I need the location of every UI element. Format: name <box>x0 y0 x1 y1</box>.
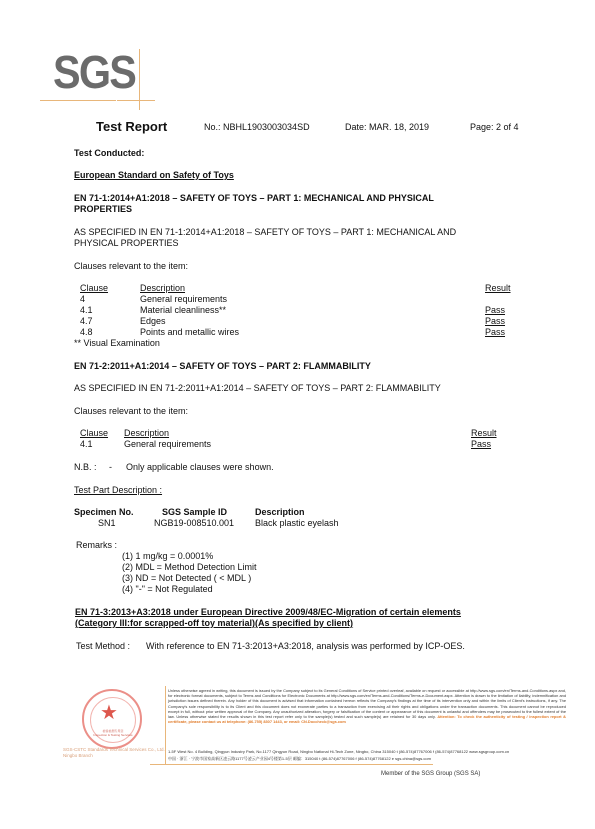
part2-col-result: Result <box>471 428 497 439</box>
clause-number: 4.7 <box>80 316 93 327</box>
part1-col-description: Description <box>140 283 185 294</box>
part1-spec-line1: AS SPECIFIED IN EN 71-1:2014+A1:2018 – S… <box>74 227 456 238</box>
part1-clauses-label: Clauses relevant to the item: <box>74 261 188 272</box>
part2-heading: EN 71-2:2011+A1:2014 – SAFETY OF TOYS – … <box>74 361 371 372</box>
part1-footnote: ** Visual Examination <box>74 338 160 349</box>
disclaimer-text: Unless otherwise agreed in writing, this… <box>168 688 566 724</box>
sgs-logo: SGS <box>53 49 135 95</box>
footer-divider-vertical <box>165 686 166 764</box>
clause-result: Pass <box>485 316 505 327</box>
logo-divider-vertical <box>139 49 140 110</box>
part3-heading-line1: EN 71-3:2013+A3:2018 under European Dire… <box>75 607 461 618</box>
logo-divider-horizontal-right <box>117 100 155 101</box>
specimen-no: SN1 <box>98 518 116 529</box>
company-stamp: ★ 检验检测专用章 Inspection & Testing Services <box>82 689 142 749</box>
clause-description: Points and metallic wires <box>140 327 239 338</box>
clause-result: Pass <box>485 305 505 316</box>
part3-heading-line2: (Category III:for scrapped-off toy mater… <box>75 618 353 629</box>
clause-description: General requirements <box>124 439 211 450</box>
sample-id: NGB19-008510.001 <box>154 518 234 529</box>
address-english: 1-5F West No. 4 Building, Qingyun Indust… <box>168 749 509 754</box>
remark-item: (1) 1 mg/kg = 0.0001% <box>122 551 213 562</box>
test-conducted-label: Test Conducted: <box>74 148 144 159</box>
col-description: Description <box>255 507 305 518</box>
part2-col-clause: Clause <box>80 428 108 439</box>
test-method-text: With reference to EN 71-3:2013+A3:2018, … <box>146 641 465 652</box>
address-chinese: 中国 · 浙江 · 宁波市国家高新区凌云路1177号凌云产业园4号楼第1-5层 … <box>168 756 431 761</box>
nb-label: N.B. : <box>74 462 97 473</box>
part1-heading-line1: EN 71-1:2014+A1:2018 – SAFETY OF TOYS – … <box>74 193 434 204</box>
stamp-text: 检验检测专用章 Inspection & Testing Services <box>90 729 136 737</box>
test-method-label: Test Method : <box>76 641 130 652</box>
part2-col-description: Description <box>124 428 169 439</box>
clause-number: 4.1 <box>80 305 93 316</box>
report-title: Test Report <box>96 119 167 134</box>
star-icon: ★ <box>100 703 118 723</box>
clause-number: 4.1 <box>80 439 93 450</box>
clause-description: Edges <box>140 316 166 327</box>
clause-result: Pass <box>471 439 491 450</box>
footer-divider-horizontal <box>150 764 433 765</box>
clause-description: General requirements <box>140 294 227 305</box>
part1-spec-line2: PHYSICAL PROPERTIES <box>74 238 179 249</box>
clause-number: 4 <box>80 294 85 305</box>
test-part-heading: Test Part Description : <box>74 485 162 496</box>
report-number: No.: NBHL1903003034SD <box>204 122 310 132</box>
report-date: Date: MAR. 18, 2019 <box>345 122 429 132</box>
col-sample-id: SGS Sample ID <box>162 507 227 518</box>
remark-item: (3) ND = Not Detected ( < MDL ) <box>122 573 251 584</box>
standard-heading: European Standard on Safety of Toys <box>74 170 234 181</box>
part2-spec: AS SPECIFIED IN EN 71-2:2011+A1:2014 – S… <box>74 383 441 394</box>
remarks-label: Remarks : <box>76 540 117 551</box>
logo-divider-horizontal <box>40 100 116 101</box>
part1-col-result: Result <box>485 283 511 294</box>
member-notice: Member of the SGS Group (SGS SA) <box>381 771 480 777</box>
stamp-company-name: SGS-CSTC Standards Technical Services Co… <box>63 747 165 759</box>
remark-item: (2) MDL = Method Detection Limit <box>122 562 256 573</box>
nb-text: Only applicable clauses were shown. <box>126 462 274 473</box>
part1-heading-line2: PROPERTIES <box>74 204 132 215</box>
sample-description: Black plastic eyelash <box>255 518 339 529</box>
part2-clauses-label: Clauses relevant to the item: <box>74 406 188 417</box>
remark-item: (4) "-" = Not Regulated <box>122 584 213 595</box>
page-indicator: Page: 2 of 4 <box>470 122 519 132</box>
stamp-english-text: Inspection & Testing Services <box>90 733 136 737</box>
nb-dash: - <box>109 462 112 473</box>
stamp-company-line2: Ningbo Branch <box>63 753 165 759</box>
clause-result: Pass <box>485 327 505 338</box>
clause-description: Material cleanliness** <box>140 305 226 316</box>
part1-col-clause: Clause <box>80 283 108 294</box>
col-specimen-no: Specimen No. <box>74 507 134 518</box>
clause-number: 4.8 <box>80 327 93 338</box>
